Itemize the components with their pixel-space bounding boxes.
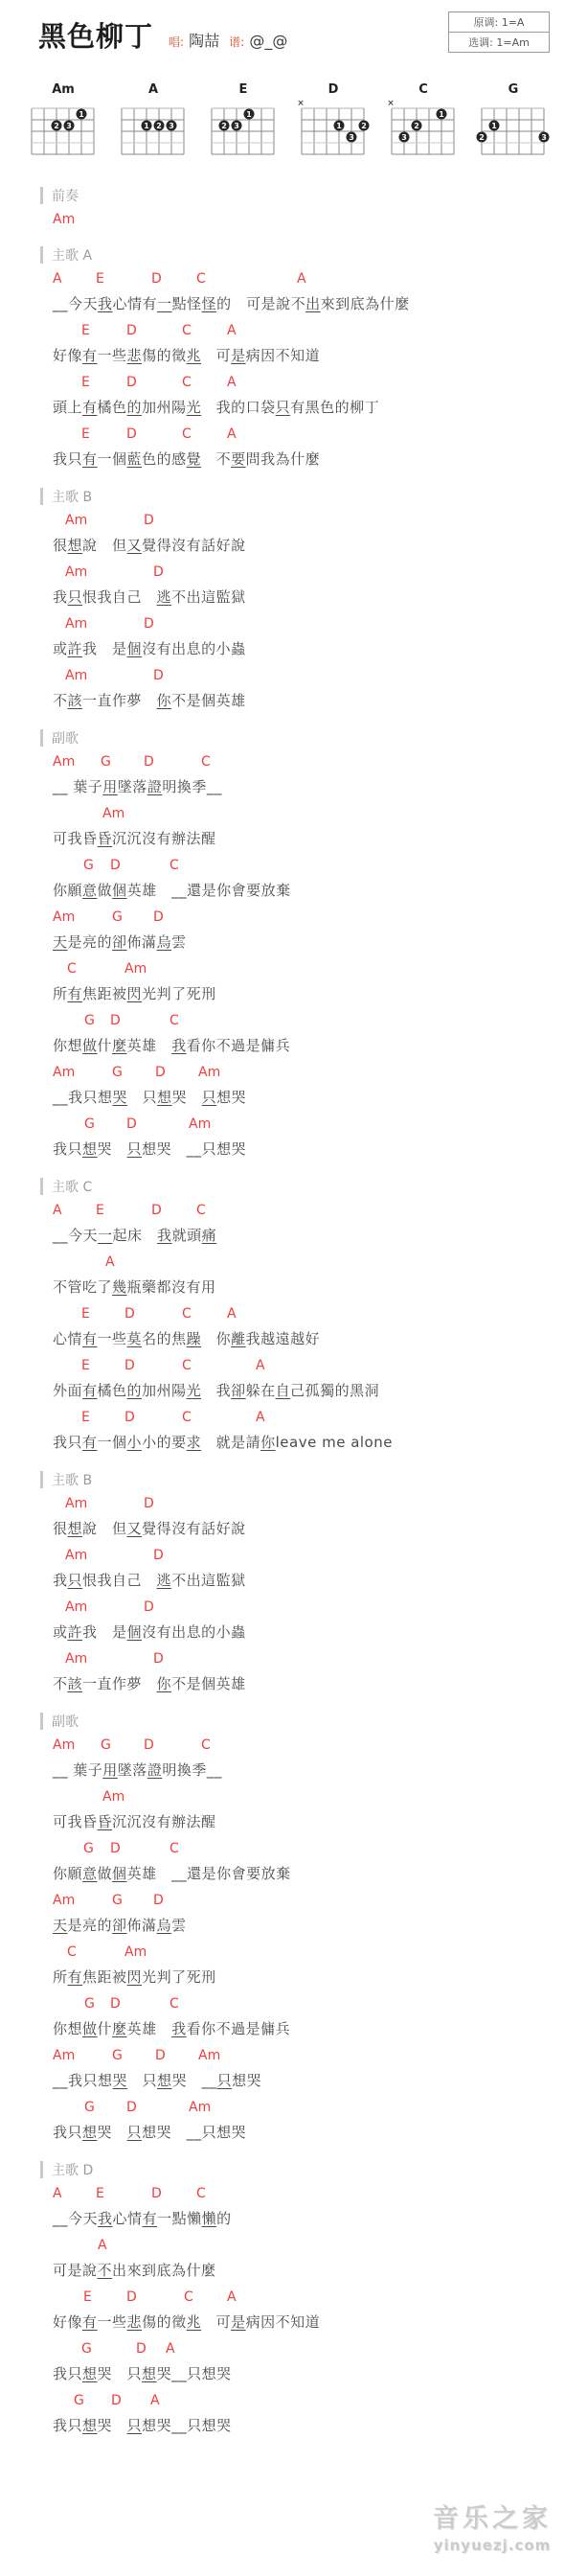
chord-label: Am [198,1065,220,1080]
chord-line: GDAm [53,1116,565,1132]
finger-number: 1 [246,110,252,119]
finger-number: 1 [336,122,342,130]
lyric-underlined: 個 [127,1623,143,1641]
lyric-underlined: 不 [98,2262,113,2279]
chord-label: C [182,1306,192,1322]
lyric-underlined: 個 [112,882,127,899]
lyric-underlined: 一 [98,1227,113,1244]
chord-label: D [111,2393,122,2408]
lyric-line: 好像有一些悲傷的徵兆 可是病因不知道 [53,2312,565,2332]
chord-line: AmD [53,1496,565,1511]
lyric-line: 很想說 但又覺得沒有話好說 [53,1519,565,1538]
chord-label: Am [65,616,87,632]
chord-line: AEDC [53,1203,565,1218]
lyric-line: 天是亮的卻佈滿烏雲 [53,932,565,952]
chord-line: Am [53,1789,565,1805]
chord-diagram-d: D×123 [293,82,373,162]
chord-line: AmGD [53,1893,565,1908]
lyric-underlined: 藍 [127,450,143,468]
lyric-underlined: 閃 [127,1968,143,1986]
chord-label: D [124,1306,135,1322]
chord-line: AmGDC [53,1737,565,1753]
section-header: 主歌 B [40,1471,565,1488]
chord-label: Am [65,513,87,528]
chord-label: C [67,961,77,977]
chord-diagram-c: C×123 [383,82,463,162]
lyric-line: __ 葉子用墜落證明換季__ [53,1760,565,1780]
chord-label: A [166,2341,175,2357]
chord-label: Am [53,212,75,227]
chord-diagram-name: Am [23,82,103,97]
lyric-line: __我只想哭 只想哭 __只想哭 [53,2071,565,2090]
lyric-underlined: 想 [82,2124,98,2141]
section-header: 前奏 [40,187,565,204]
lyric-underlined: 只 [68,1572,83,1589]
chord-label: E [96,1203,104,1218]
chord-label: D [126,2289,137,2305]
section-title: 副歌 [52,1712,79,1731]
chord-line: EDCA [53,323,565,338]
chord-label: G [83,858,94,873]
muted-string-mark: × [297,99,305,108]
lyric-underlined: 有 [82,1330,98,1347]
lyric-underlined: 許 [68,1623,83,1641]
fretboard-grid: 123 [26,97,101,158]
chord-label: D [124,1358,135,1373]
chord-line: AmD [53,1548,565,1563]
chord-label: C [182,1410,192,1425]
chord-diagram-name: E [203,82,283,97]
section-title: 主歌 C [52,1177,92,1196]
lyric-underlined: 覺 [187,450,202,468]
chord-label: G [112,2048,123,2063]
chord-diagram-g: G123 [473,82,554,162]
section-bar [40,729,43,747]
chord-line: AmD [53,1599,565,1615]
chord-label: E [81,1306,90,1322]
chord-line: GDA [53,2393,565,2408]
lyric-underlined: 你 [157,1675,172,1692]
chord-label: C [67,1944,77,1960]
lyric-line: 很想說 但又覺得沒有話好說 [53,536,565,555]
finger-number: 3 [401,133,407,142]
song-section: 主歌 DAEDC__今天我心情有一點懶懶的A可是說不出來到底為什麼EDCA好像有… [40,2161,565,2435]
chord-label: C [196,271,206,287]
lyric-line: 或許我 是個沒有出息的小蟲 [53,1622,565,1642]
chord-label: D [126,1116,137,1132]
chord-label: C [201,754,211,770]
chord-diagram-name: G [473,82,554,97]
lyric-underlined: 你 [260,1434,276,1451]
lyric-underlined: 求 [187,1434,202,1451]
chord-label: C [169,1841,179,1856]
lyric-underlined: 證 [147,778,163,795]
lyric-line: 你願意做個英雄 __還是你會要放棄 [53,1864,565,1883]
chord-diagram-am: Am123 [23,82,103,162]
song-section: 主歌 AAEDCA__今天我心情有一點怪怪的 可是說不出來到底為什麼EDCA好像… [40,246,565,469]
chord-label: C [182,1358,192,1373]
lyric-underlined: 光 [187,399,202,416]
lyric-underlined: 想 [82,2365,98,2382]
lyric-underlined: 我 [98,2210,113,2227]
chord-diagram-name: C [383,82,463,97]
chord-label: Am [53,1893,75,1908]
lyric-underlined: 昏 [98,1813,113,1830]
lyric-underlined: 該 [68,692,83,709]
lyric-line: 我只恨我自己 逃不出這監獄 [53,1571,565,1590]
lyric-line: 頭上有橘色的加州陽光 我的口袋只有黑色的柳丁 [53,398,565,417]
lyric-underlined: 又 [127,537,143,554]
chord-label: C [196,1203,206,1218]
lyric-line: 你願意做個英雄 __還是你會要放棄 [53,881,565,900]
chord-line: GDC [53,1996,565,2012]
chord-line: EDCA [53,2289,565,2305]
lyric-underlined: 只 [127,2417,143,2434]
chord-label: Am [53,754,75,770]
chord-label: D [126,323,137,338]
lyric-underlined: 你 [157,692,172,709]
chord-label: D [155,2048,166,2063]
lyric-underlined: 麼 [112,1037,127,1054]
lyric-underlined: 個 [112,1865,127,1882]
chord-line: AmD [53,564,565,580]
lyric-line: 所有焦距被閃光判了死刑 [53,1967,565,1987]
chord-diagram-name: D [293,82,373,97]
lyric-underlined: 昏 [98,830,113,847]
song-body: 前奏Am主歌 AAEDCA__今天我心情有一點怪怪的 可是說不出來到底為什麼ED… [0,162,565,2435]
lyric-underlined: 兆 [187,2313,202,2331]
chord-diagram-a: A123 [113,82,193,162]
song-section: 副歌AmGDC__ 葉子用墜落證明換季__Am可我昏昏沉沉沒有辦法醒GDC你願意… [40,1713,565,2142]
section-bar [40,2161,43,2178]
section-header: 主歌 A [40,246,565,264]
lyric-underlined: 用 [102,778,118,795]
finger-number: 3 [169,122,174,130]
lyric-line: 可我昏昏沉沉沒有辦法醒 [53,1812,565,1831]
lyric-line: 不該一直作夢 你不是個英雄 [53,1674,565,1693]
lyric-line: 不管吃了幾瓶藥都沒有用 [53,1277,565,1297]
chord-label: Am [65,1496,87,1511]
chord-label: A [227,323,237,338]
chord-line: GDC [53,858,565,873]
chord-line: GDAm [53,2100,565,2115]
lyric-line: 外面有橘色的加州陽光 我卻躲在自己孤獨的黑洞 [53,1381,565,1400]
lyric-underlined: 哭 [113,2072,128,2089]
lyric-underlined: 有 [68,985,83,1002]
lyric-underlined: 躁 [187,1330,202,1347]
lyric-underlined: 想 [157,2072,172,2089]
lyric-underlined: 只 [202,1089,217,1106]
chord-label: D [155,1065,166,1080]
lyric-underlined: 烏 [157,1917,172,1934]
lyric-underlined: 想 [157,1089,172,1106]
lyric-underlined: 只 [217,2072,233,2089]
chord-label: G [101,1737,111,1753]
chord-label: C [196,2186,206,2201]
finger-number: 2 [54,122,59,130]
chord-line: CAm [53,1944,565,1960]
chord-label: G [83,1841,94,1856]
chord-label: Am [102,1789,124,1805]
lyric-line: 可我昏昏沉沉沒有辦法醒 [53,829,565,848]
chord-label: G [112,909,123,925]
chord-line: GDC [53,1841,565,1856]
lyric-line: 我只恨我自己 逃不出這監獄 [53,587,565,607]
lyric-underlined: 的 [127,1382,143,1399]
lyric-underlined: 要 [231,450,246,468]
chord-label: E [81,323,90,338]
fretboard-grid: ×123 [296,97,371,158]
watermark-logo-text: 音乐之家 [433,2497,552,2535]
chord-label: D [110,1841,121,1856]
chord-line: AmGD [53,909,565,925]
lyric-underlined: 離 [231,1330,246,1347]
section-title: 主歌 B [52,1470,92,1489]
lyric-line: 好像有一些悲傷的徵兆 可是病因不知道 [53,346,565,365]
lyric-underlined: 卻 [112,933,127,951]
chord-label: D [153,564,164,580]
lyric-underlined: 我 [171,2020,187,2037]
lyric-underlined: 一 [157,295,172,312]
chord-label: D [151,271,162,287]
lyric-underlined: 哭 [113,1089,128,1106]
finger-number: 2 [479,133,485,142]
chord-label: G [84,1013,95,1028]
chord-label: Am [53,2048,75,2063]
section-title: 主歌 D [52,2160,93,2179]
chord-label: D [144,1737,154,1753]
chord-label: D [124,1410,135,1425]
section-header: 主歌 D [40,2161,565,2178]
chord-line: EDCA [53,1306,565,1322]
lyric-underlined: 出 [305,295,321,312]
lyric-underlined: 有 [82,1434,98,1451]
finger-number: 2 [156,122,162,130]
lyric-line: 不該一直作夢 你不是個英雄 [53,691,565,710]
chord-line: AmD [53,616,565,632]
chord-label: D [110,858,121,873]
lyric-underlined: 我 [157,1227,172,1244]
lyric-underlined: 想 [68,1520,83,1537]
lyric-underlined: 天 [53,933,68,951]
chord-label: C [169,858,179,873]
lyric-underlined: 想 [68,537,83,554]
finger-number: 1 [79,110,84,119]
lyric-underlined: 光 [187,1382,202,1399]
section-header: 副歌 [40,1713,565,1730]
lyric-underlined: 意 [82,1865,98,1882]
lyric-underlined: 逃 [157,588,172,606]
lyric-line: 我只想哭 只想哭__只想哭 [53,2364,565,2383]
lyric-underlined: 有 [82,2313,98,2331]
chord-label: A [105,1254,115,1270]
chord-line: CAm [53,961,565,977]
chord-label: A [53,2186,62,2201]
chord-label: D [110,1013,121,1028]
sheet-header: 黑色柳丁唱: 陶喆谱: @_@ 原调: 1=A 选调: 1=Am [0,0,565,69]
chord-label: G [84,1996,95,2012]
chord-label: D [153,909,164,925]
chord-line: AEDCA [53,271,565,287]
lyric-underlined: 有 [143,2210,158,2227]
lyric-line: 我只有一個小小的要求 就是請你leave me alone [53,1433,565,1452]
chord-label: D [153,1651,164,1667]
chord-line: A [53,1254,565,1270]
lyric-line: 你想做什麼英雄 我看你不過是傭兵 [53,2019,565,2038]
lyric-line: 所有焦距被閃光判了死刑 [53,984,565,1003]
lyric-underlined: 個 [127,640,143,657]
chord-label: G [74,2393,84,2408]
lyric-underlined: 該 [68,1675,83,1692]
lyric-line: 天是亮的卻佈滿烏雲 [53,1916,565,1935]
lyric-line: __今天一起床 我就頭痛 [53,1226,565,1245]
lyric-line: 或許我 是個沒有出息的小蟲 [53,639,565,658]
chord-label: E [96,271,104,287]
chord-line: AmGDC [53,754,565,770]
chord-label: G [84,2100,95,2115]
lyric-underlined: 只 [276,399,291,416]
chord-label: C [184,2289,193,2305]
lyric-underlined: 有 [82,399,98,416]
lyric-line: __今天我心情有一點怪怪的 可是說不出來到底為什麼 [53,294,565,313]
watermark-domain-text: yinyuezj.com [433,2537,552,2554]
section-bar [40,488,43,505]
chord-line: GDC [53,1013,565,1028]
chord-label: D [151,2186,162,2201]
lyric-underlined: 莫 [127,1330,143,1347]
lyric-underlined: 只 [68,588,83,606]
lyric-underlined: 只 [127,1140,143,1158]
chord-label: Am [53,909,75,925]
chord-line: AmD [53,668,565,683]
chord-label: Am [65,1651,87,1667]
chord-line: AmGDAm [53,1065,565,1080]
chord-label: D [144,754,154,770]
chord-label: Am [65,1599,87,1615]
chord-label: D [153,1893,164,1908]
chord-label: A [53,271,62,287]
chord-label: D [126,426,137,442]
lyric-underlined: 證 [147,1761,163,1779]
chord-line: EDCA [53,375,565,390]
chord-label: D [153,1548,164,1563]
chord-label: G [81,2341,92,2357]
song-section: 主歌 BAmD很想說 但又覺得沒有話好說AmD我只恨我自己 逃不出這監獄AmD或… [40,1471,565,1693]
site-watermark: 音乐之家 yinyuezj.com [433,2497,552,2554]
lyric-underlined: 自 [276,1382,291,1399]
lyric-line: 我只想哭 只想哭 __只想哭 [53,1139,565,1159]
tabber-name: @_@ [249,32,287,50]
singer-name: 陶喆 [189,32,219,50]
chord-label: A [98,2238,107,2253]
chord-label: C [169,1996,179,2012]
singer-label: 唱: [169,35,184,49]
chord-label: E [81,1410,90,1425]
chord-line: Am [53,212,565,227]
chord-label: A [227,1306,237,1322]
section-header: 副歌 [40,729,565,747]
chord-line: A [53,2238,565,2253]
lyric-underlined: 幾 [112,1278,127,1296]
lyric-underlined: 有 [82,1382,98,1399]
chord-label: G [101,754,111,770]
finger-number: 3 [349,133,354,142]
section-title: 前奏 [52,186,79,205]
lyric-underlined: 只 [127,2124,143,2141]
chord-label: A [53,1203,62,1218]
chord-label: C [182,375,192,390]
chord-label: D [144,1496,154,1511]
fretboard-grid: 123 [476,97,551,158]
chord-label: C [169,1013,179,1028]
finger-number: 3 [541,133,547,142]
lyric-underlined: 烏 [157,933,172,951]
lyric-underlined: 許 [68,640,83,657]
chord-label: D [136,2341,147,2357]
lyric-underlined: 是 [231,2313,246,2331]
finger-number: 1 [491,122,497,130]
chord-diagrams: Am123A123E123D×123C×123G123 [0,69,565,162]
chord-label: D [144,1599,154,1615]
section-bar [40,246,43,264]
chord-label: C [182,323,192,338]
song-section: 主歌 CAEDC__今天一起床 我就頭痛A不管吃了幾瓶藥都沒有用EDCA心情有一… [40,1178,565,1452]
lyric-underlined: 我 [98,295,113,312]
lyric-line: __我只想哭 只想哭 只想哭 [53,1088,565,1107]
section-header: 主歌 B [40,488,565,505]
chord-label: C [201,1737,211,1753]
chord-label: C [182,426,192,442]
lyric-line: 我只有一個藍色的感覺 不要問我為什麼 [53,449,565,469]
song-title: 黑色柳丁 [38,15,153,55]
finger-number: 3 [234,122,239,130]
finger-number: 2 [361,122,367,130]
chord-label: Am [124,1944,147,1960]
section-title: 主歌 B [52,487,92,506]
chord-label: Am [189,2100,211,2115]
chord-label: A [227,375,237,390]
lyric-underlined: 悲 [127,347,143,364]
lyric-underlined: 用 [102,1761,118,1779]
lyric-underlined: 是 [231,347,246,364]
lyric-underlined: 小 [127,1434,143,1451]
lyric-line: 可是說不出來到底為什麼 [53,2261,565,2280]
lyric-line: 你想做什麼英雄 我看你不過是傭兵 [53,1036,565,1055]
chord-line: GDA [53,2341,565,2357]
lyric-line: 我只想哭 只想哭 __只想哭 [53,2123,565,2142]
lyric-underlined: 有 [82,347,98,364]
chord-label: Am [53,1065,75,1080]
chord-line: AmD [53,1651,565,1667]
selected-key: 选调: 1=Am [449,32,549,52]
section-title: 主歌 A [52,245,92,264]
chord-label: E [83,2289,92,2305]
lyric-underlined: 有 [82,450,98,468]
chord-label: G [112,1065,123,1080]
chord-diagram-name: A [113,82,193,97]
chord-label: G [84,1116,95,1132]
lyric-underlined: 做 [82,2020,98,2037]
lyric-line: __今天我心情有一點懶懶的 [53,2209,565,2228]
lyric-underlined: 痛 [202,1227,217,1244]
lyric-underlined: 兆 [187,347,202,364]
chord-label: A [297,271,306,287]
chord-diagram-e: E123 [203,82,283,162]
section-bar [40,1178,43,1195]
original-key: 原调: 1=A [449,12,549,32]
finger-number: 1 [439,110,444,119]
chord-label: A [150,2393,160,2408]
